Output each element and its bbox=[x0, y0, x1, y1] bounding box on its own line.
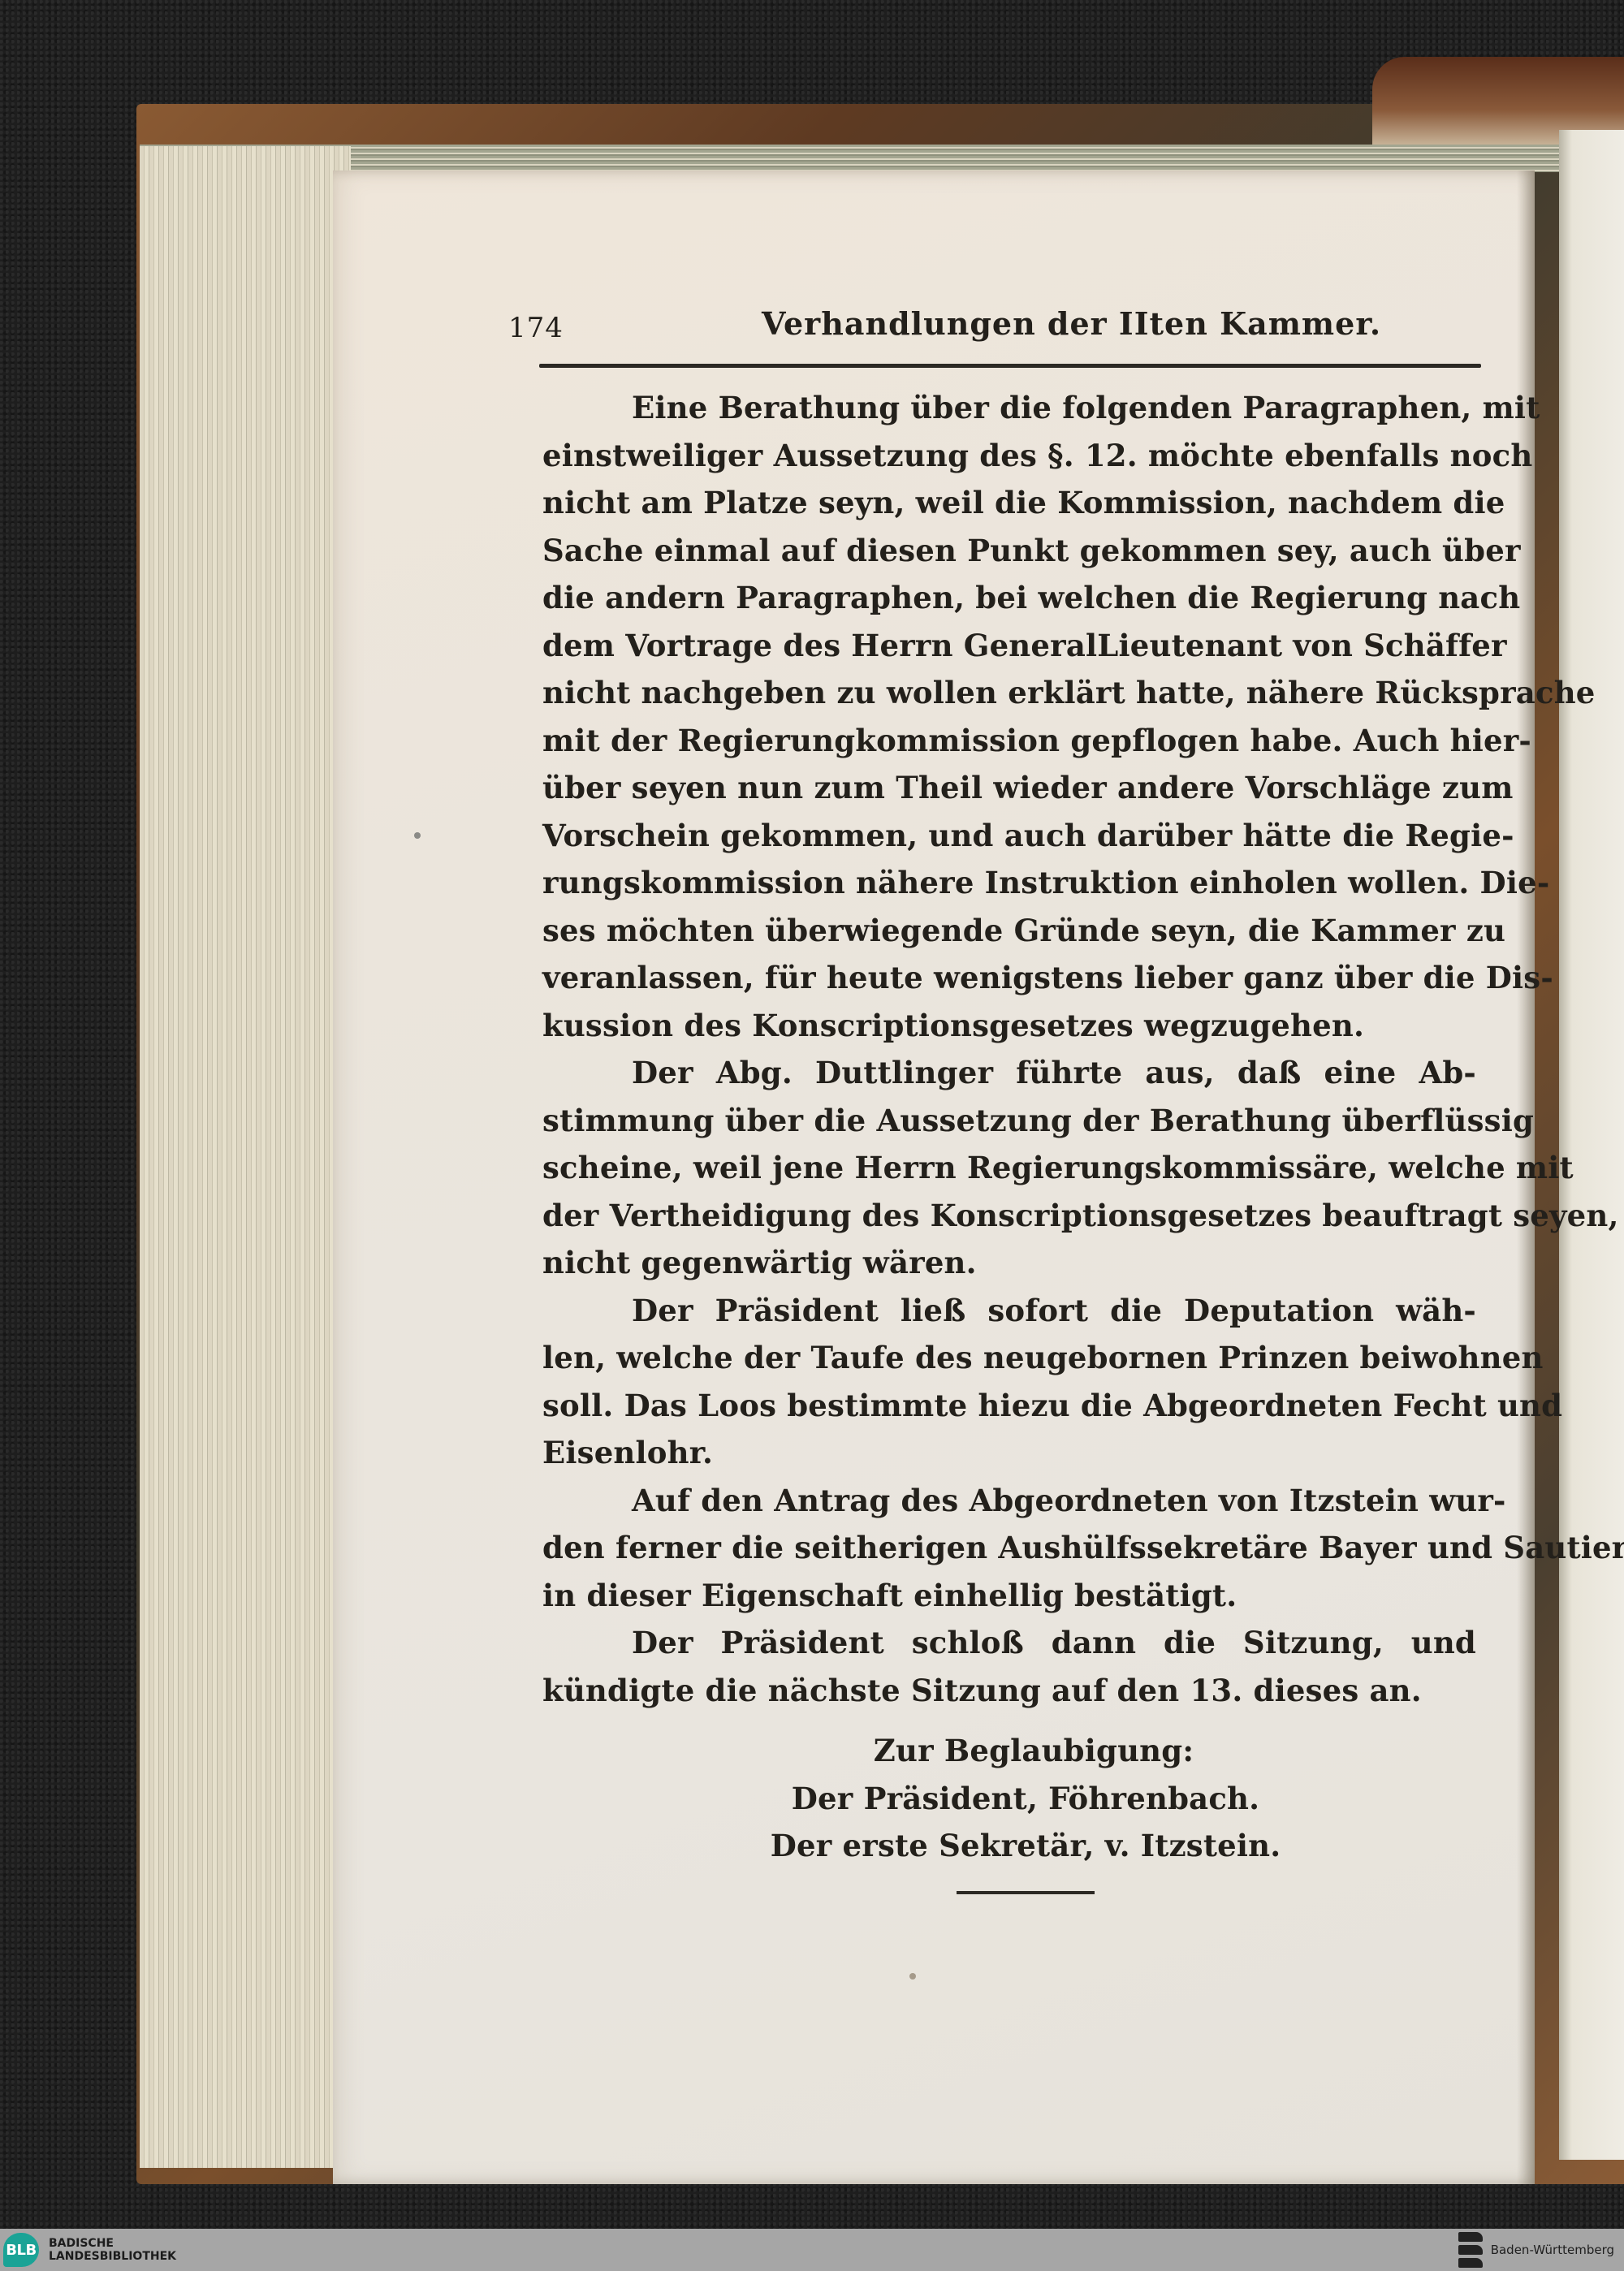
blb-line-2: LANDESBIBLIOTHEK bbox=[49, 2250, 176, 2263]
running-title: Verhandlungen der IIten Kammer. bbox=[762, 305, 1381, 342]
text-line: nicht am Platze seyn, weil die Kommissio… bbox=[542, 479, 1476, 527]
text-line: Der Präsident ließ sofort die Deputation… bbox=[542, 1287, 1476, 1335]
text-line: in dieser Eigenschaft einhellig bestätig… bbox=[542, 1572, 1476, 1620]
text-block: 174 Verhandlungen der IIten Kammer. Eine… bbox=[542, 302, 1476, 1894]
text-line: len, welche der Taufe des neugebornen Pr… bbox=[542, 1334, 1476, 1382]
text-line: kündigte die nächste Sitzung auf den 13.… bbox=[542, 1667, 1476, 1715]
blb-logo-group[interactable]: BLB BADISCHE LANDESBIBLIOTHEK bbox=[0, 2233, 176, 2267]
text-line: Vorschein gekommen, und auch darüber hät… bbox=[542, 812, 1476, 860]
page-number: 174 bbox=[508, 312, 564, 344]
text-line: mit der Regierungkommission gepflogen ha… bbox=[542, 717, 1476, 765]
margin-speck bbox=[414, 832, 421, 839]
running-head: 174 Verhandlungen der IIten Kammer. bbox=[542, 302, 1476, 354]
text-line: über seyen nun zum Theil wieder andere V… bbox=[542, 764, 1476, 812]
text-line: veranlassen, für heute wenigstens lieber… bbox=[542, 954, 1476, 1002]
blb-line-1: BADISCHE bbox=[49, 2237, 176, 2250]
text-line: Eisenlohr. bbox=[542, 1429, 1476, 1477]
footer-bar: BLB BADISCHE LANDESBIBLIOTHEK Baden-Würt… bbox=[0, 2229, 1624, 2271]
blb-logo-text: BADISCHE LANDESBIBLIOTHEK bbox=[49, 2237, 176, 2263]
page-top-edges bbox=[140, 145, 1624, 172]
text-line: nicht nachgeben zu wollen erklärt hatte,… bbox=[542, 669, 1476, 717]
text-line: Sache einmal auf diesen Punkt gekommen s… bbox=[542, 527, 1476, 575]
text-line: kussion des Konscriptionsgesetzes wegzug… bbox=[542, 1002, 1476, 1050]
three-lions-icon bbox=[1458, 2232, 1483, 2268]
header-rule bbox=[539, 364, 1481, 368]
body-text: Eine Berathung über die folgenden Paragr… bbox=[542, 384, 1476, 1714]
text-line: ses möchten überwiegende Gründe seyn, di… bbox=[542, 907, 1476, 955]
text-line: dem Vortrage des Herrn GeneralLieutenant… bbox=[542, 622, 1476, 670]
text-line: scheine, weil jene Herrn Regierungskommi… bbox=[542, 1144, 1476, 1192]
text-line: Eine Berathung über die folgenden Paragr… bbox=[542, 384, 1476, 432]
closing-rule bbox=[957, 1891, 1095, 1894]
president-signature: Der Präsident, Föhrenbach. bbox=[542, 1775, 1476, 1823]
blb-logo-icon: BLB bbox=[3, 2233, 39, 2267]
text-line: Der Präsident schloß dann die Sitzung, u… bbox=[542, 1619, 1476, 1667]
text-line: der Vertheidigung des Konscriptionsgeset… bbox=[542, 1192, 1476, 1240]
text-line: den ferner die seitherigen Aushülfssekre… bbox=[542, 1524, 1476, 1572]
attestation-heading: Zur Beglaubigung: bbox=[542, 1727, 1476, 1775]
text-line: Der Abg. Duttlinger führte aus, daß eine… bbox=[542, 1049, 1476, 1097]
facing-page-edge bbox=[1559, 130, 1624, 2160]
text-line: einstweiliger Aussetzung des §. 12. möch… bbox=[542, 432, 1476, 480]
page-fore-edges bbox=[140, 146, 351, 2168]
text-line: Auf den Antrag des Abgeordneten von Itzs… bbox=[542, 1477, 1476, 1525]
text-line: soll. Das Loos bestimmte hiezu die Abgeo… bbox=[542, 1382, 1476, 1430]
text-line: stimmung über die Aussetzung der Berathu… bbox=[542, 1097, 1476, 1145]
bw-logo-group[interactable]: Baden-Württemberg bbox=[1458, 2232, 1624, 2268]
bw-logo-text: Baden-Württemberg bbox=[1491, 2243, 1614, 2257]
attestation-block: Zur Beglaubigung: Der Präsident, Föhrenb… bbox=[542, 1727, 1476, 1894]
text-line: die andern Paragraphen, bei welchen die … bbox=[542, 574, 1476, 622]
text-line: rungskommission nähere Instruktion einho… bbox=[542, 859, 1476, 907]
paper-speck bbox=[909, 1973, 916, 1980]
secretary-signature: Der erste Sekretär, v. Itzstein. bbox=[542, 1822, 1476, 1870]
text-line: nicht gegenwärtig wären. bbox=[542, 1239, 1476, 1287]
